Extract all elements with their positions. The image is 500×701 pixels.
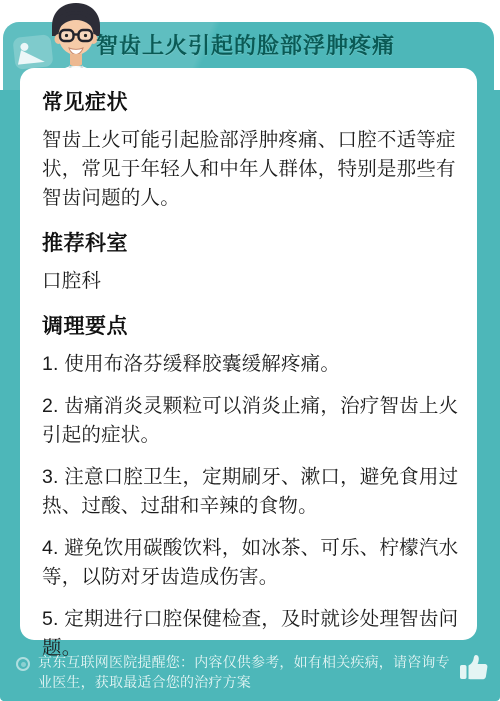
care-point-2: 2. 齿痛消炎灵颗粒可以消炎止痛，治疗智齿上火引起的症状。 (42, 392, 465, 450)
section-heading-care-points: 调理要点 (42, 310, 465, 340)
content-card: 常见症状 智齿上火可能引起脸部浮肿疼痛、口腔不适等症状，常见于年轻人和中年人群体… (20, 68, 477, 640)
disclaimer-text: 京东互联网医院提醒您：内容仅供参考，如有相关疾病，请咨询专业医生，获取最适合您的… (38, 652, 458, 692)
care-point-4: 4. 避免饮用碳酸饮料，如冰茶、可乐、柠檬汽水等，以防对牙齿造成伤害。 (42, 534, 465, 592)
department-text: 口腔科 (42, 267, 465, 296)
health-card-screen: 智齿上火引起的脸部浮肿疼痛 常见症状 智齿上火可能引起脸部浮肿疼痛、口腔不适等症… (0, 0, 500, 701)
care-point-1: 1. 使用布洛芬缓释胶囊缓解疼痛。 (42, 350, 465, 379)
ring-icon (16, 657, 30, 671)
page-title: 智齿上火引起的脸部浮肿疼痛 (96, 29, 486, 60)
thumbs-up-icon[interactable] (459, 650, 491, 684)
care-point-3: 3. 注意口腔卫生，定期刷牙、漱口，避免食用过热、过酸、过甜和辛辣的食物。 (42, 463, 465, 521)
section-heading-symptoms: 常见症状 (42, 86, 465, 116)
section-heading-department: 推荐科室 (42, 227, 465, 257)
symptoms-text: 智齿上火可能引起脸部浮肿疼痛、口腔不适等症状，常见于年轻人和中年人群体，特别是那… (42, 126, 465, 213)
footer-disclaimer-bar: 京东互联网医院提醒您：内容仅供参考，如有相关疾病，请咨询专业医生，获取最适合您的… (0, 645, 500, 701)
